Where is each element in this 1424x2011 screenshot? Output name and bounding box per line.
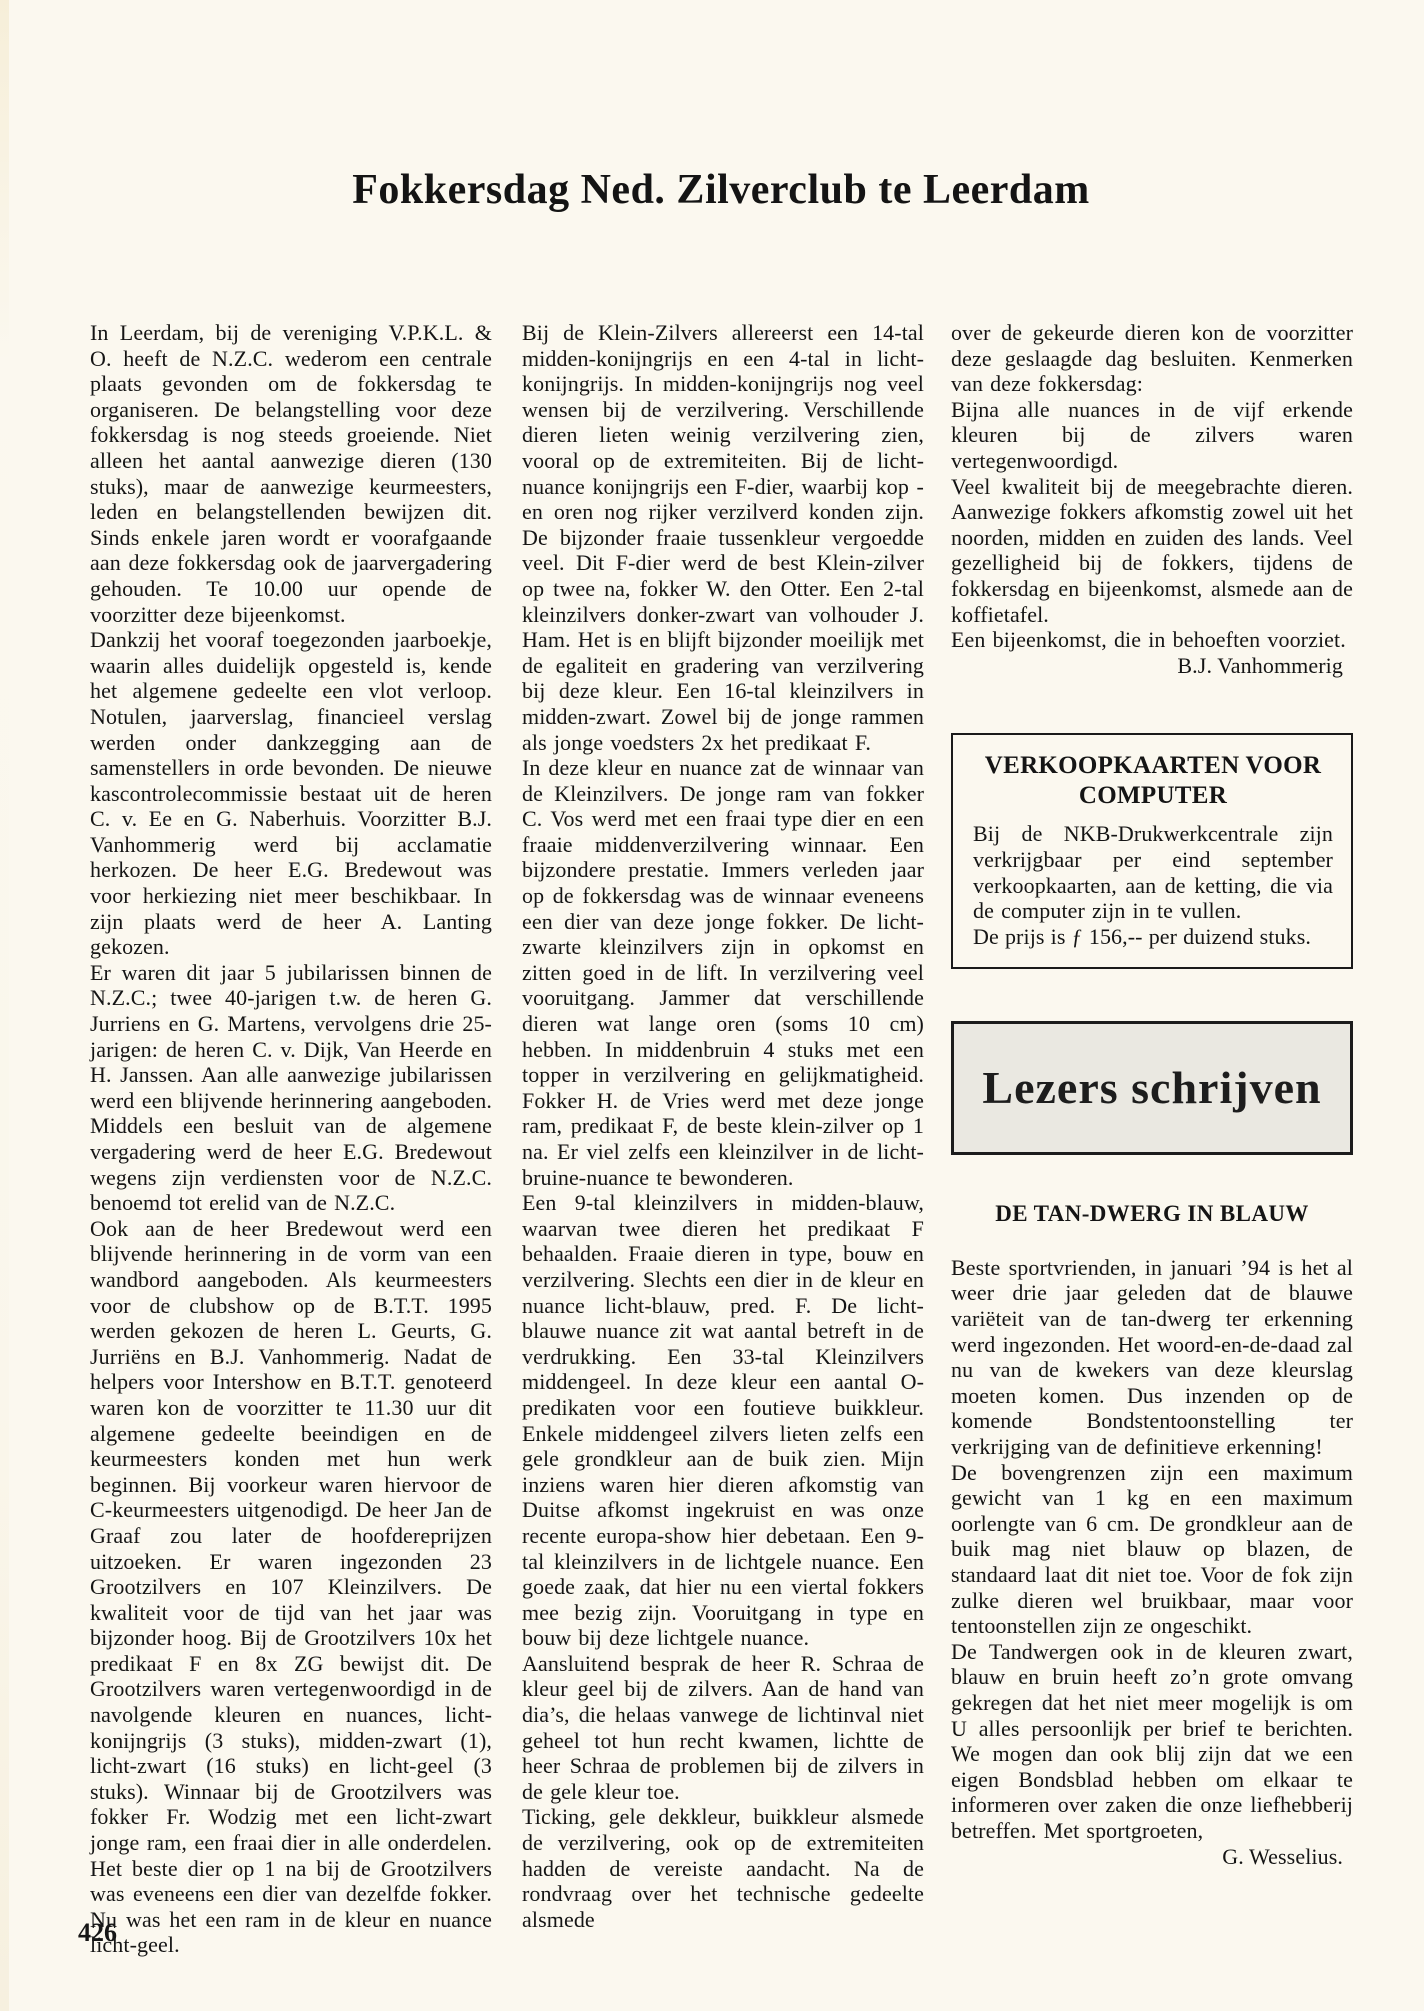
article-paragraph: over de gekeurde dieren kon de voorzitte… — [951, 320, 1353, 397]
readers-write-banner-title: Lezers schrijven — [982, 1075, 1321, 1101]
article-paragraph: In Leerdam, bij de vereniging V.P.K.L. &… — [90, 320, 492, 627]
sales-box-title-line: VERKOOPKAARTEN VOOR — [973, 751, 1333, 781]
sales-box-title-line: COMPUTER — [973, 781, 1333, 811]
article-paragraph: Dankzij het vooraf toegezonden jaarboekj… — [90, 627, 492, 960]
article-paragraph: Bij de Klein-Zilvers allereerst een 14-t… — [522, 320, 924, 755]
letter-signature: G. Wesselius. — [951, 1844, 1353, 1870]
article-paragraph: Er waren dit jaar 5 jubilarissen binnen … — [90, 960, 492, 1216]
letter-paragraph: Beste sportvrienden, in januari ’94 is h… — [951, 1255, 1353, 1460]
letter-paragraph: De bovengrenzen zijn een maximum gewicht… — [951, 1460, 1353, 1639]
readers-write-banner-box: Lezers schrijven — [951, 1021, 1353, 1155]
article-column-2: Bij de Klein-Zilvers allereerst een 14-t… — [522, 320, 924, 1932]
sales-box-price: De prijs is ƒ 156,-- per duizend stuks. — [973, 924, 1333, 950]
article-column-1: In Leerdam, bij de vereniging V.P.K.L. &… — [90, 320, 492, 1958]
article-paragraph: Veel kwaliteit bij de meegebrachte diere… — [951, 474, 1353, 628]
sales-card-notice-box: VERKOOPKAARTEN VOOR COMPUTER Bij de NKB-… — [951, 733, 1353, 969]
magazine-page: Fokkersdag Ned. Zilverclub te Leerdam In… — [0, 0, 1424, 2011]
article-paragraph: Ook aan de heer Bredewout werd een blijv… — [90, 1216, 492, 1958]
article-paragraph: Een 9-tal kleinzilvers in midden-blauw, … — [522, 1190, 924, 1651]
article-paragraph: In deze kleur en nuance zat de winnaar v… — [522, 755, 924, 1190]
article-title: Fokkersdag Ned. Zilverclub te Leerdam — [90, 166, 1352, 214]
article-paragraph: Ticking, gele dekkleur, buikkleur alsmed… — [522, 1804, 924, 1932]
article-paragraph: Aansluitend besprak de heer R. Schraa de… — [522, 1651, 924, 1805]
author-signature: B.J. Vanhommerig — [951, 653, 1353, 679]
sales-box-title: VERKOOPKAARTEN VOOR COMPUTER — [973, 751, 1333, 811]
page-number: 426 — [78, 1918, 117, 1948]
article-column-3: over de gekeurde dieren kon de voorzitte… — [951, 320, 1353, 1869]
sales-box-body: Bij de NKB-Drukwerkcentrale zijn verkrij… — [973, 821, 1333, 923]
article-paragraph: Een bijeenkomst, die in behoeften voorzi… — [951, 627, 1353, 653]
letter-paragraph: De Tandwergen ook in de kleuren zwart, b… — [951, 1639, 1353, 1844]
article-paragraph: Bijna alle nuances in de vijf erkende kl… — [951, 397, 1353, 474]
letter-title: DE TAN-DWERG IN BLAUW — [951, 1201, 1353, 1227]
